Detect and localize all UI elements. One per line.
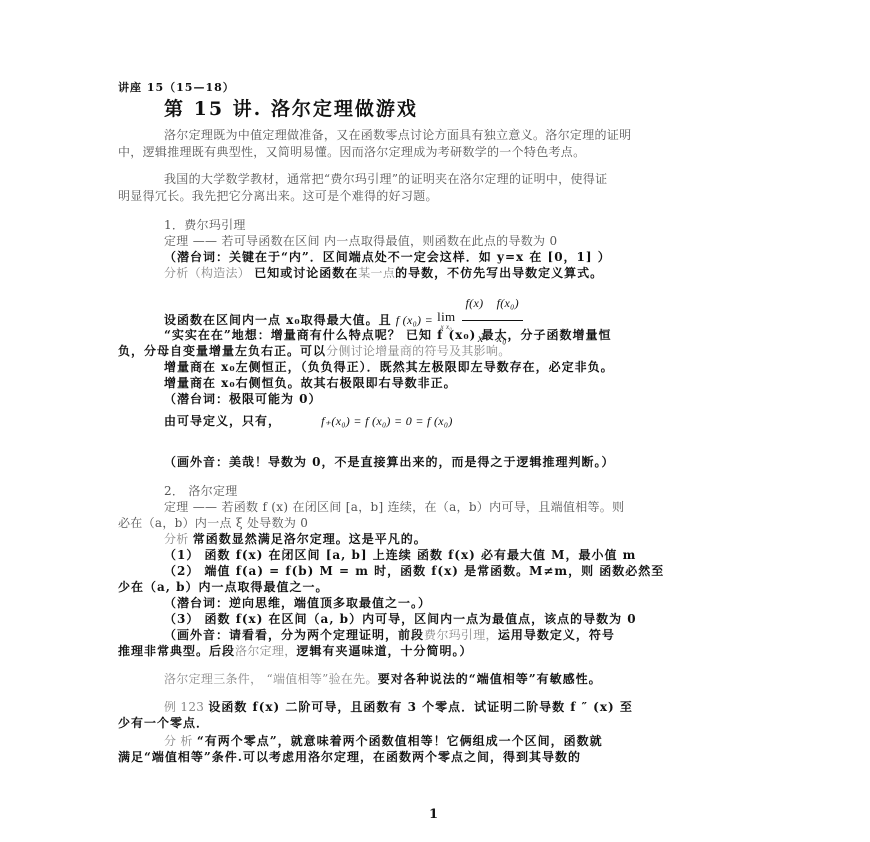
voiceover-line: （画外音：美哉！导数为 0，不是直接算出来的，而是得之于逻辑推理判断。） xyxy=(164,455,615,470)
question-line-1: “实实在在”地想：增量商有什么特点呢？ 已知 f (x₀) 最大，分子函数增量恒 xyxy=(164,328,611,343)
analysis-text-b: 某一点 xyxy=(358,266,395,280)
intro-paragraph-2-line-1: 我国的大学数学教材，通常把“费尔玛引理”的证明夹在洛尔定理的证明中，使得证 xyxy=(164,172,607,187)
step-1: （1） 函数 f(x) 在闭区间 [a, b] 上连续 函数 f(x) 必有最大… xyxy=(164,548,636,563)
step-2-line-2: 少在（a, b）内一点取得最值之一。 xyxy=(118,580,329,595)
lecture-series-label: 讲座 15（15—18） xyxy=(118,80,235,95)
three-conditions-line: 洛尔定理三条件， “端值相等”验在先。要对各种说法的“端值相等”有敏感性。 xyxy=(164,672,602,687)
question-line-2: 负，分母自变量增量左负右正。可以分侧讨论增量商的符号及其影响。 xyxy=(118,344,511,359)
section-2-heading: 2． 洛尔定理 xyxy=(164,484,238,499)
example-line-2: 少有一个零点． xyxy=(118,716,209,731)
intro-paragraph-2-line-2: 明显得冗长。我先把它分离出来。这可是个难得的好习题。 xyxy=(118,189,438,204)
rolle-analysis: 分析 常函数显然满足洛尔定理。这是平凡的。 xyxy=(164,532,427,547)
conclusion-formula: f₊(x₀) = f (x₀) = 0 = f (x₀) xyxy=(321,414,453,428)
voiceover-2-line-1: （画外音：请看看，分为两个定理证明，前段费尔玛引理，运用导数定义，符号 xyxy=(164,628,615,643)
right-side-reasoning: 增量商在 x₀右侧恒负。故其右极限即右导数非正。 xyxy=(164,376,457,391)
example-label: 例 123 xyxy=(164,700,204,714)
rolle-theorem-line-2: 必在（a，b）内一点 ξ 处导数为 0 xyxy=(118,516,308,531)
limit-aside: （潜台词：极限可能为 0） xyxy=(164,392,322,407)
step-3: （3） 函数 f(x) 在区间（a, b）内可导，区间内一点为最值点，该点的导数… xyxy=(164,612,637,627)
analysis-text-a: 已知或讨论函数在 xyxy=(254,266,358,280)
intro-paragraph-1-line-1: 洛尔定理既为中值定理做准备，又在函数零点讨论方面具有独立意义。洛尔定理的证明 xyxy=(164,128,631,143)
example-analysis-line-1: 分 析 “有两个零点”，就意味着两个函数值相等！它俩组成一个区间，函数就 xyxy=(164,734,603,749)
example-line-1: 例 123 设函数 f(x) 二阶可导，且函数有 3 个零点．试证明二阶导数 f… xyxy=(164,700,633,715)
step-2-line-1: （2） 端值 f(a) = f(b) M = m 时，函数 f(x) 是常函数。… xyxy=(164,564,664,579)
left-side-reasoning: 增量商在 x₀左侧恒正，（负负得正）．既然其左极限即左导数存在，必定非负。 xyxy=(164,360,614,375)
setup-text: 设函数在区间内一点 x₀取得最大值。且 xyxy=(164,313,392,327)
conclusion-line: 由可导定义，只有， f₊(x₀) = f (x₀) = 0 = f (x₀) xyxy=(164,414,453,429)
fermat-analysis: 分析（构造法） 已知或讨论函数在某一点的导数，不仿先写出导数定义算式。 xyxy=(164,266,603,281)
rolle-theorem-line-1: 定理 —— 若函数 f (x) 在闭区间 [a，b] 连续，在（a，b）内可导，… xyxy=(164,500,624,515)
step-2-aside: （潜台词：逆向思维，端值顶多取最值之一。） xyxy=(164,596,431,611)
fermat-theorem-statement: 定理 —— 若可导函数在区间 内一点取得最值，则函数在此点的导数为 0 xyxy=(164,234,557,249)
intro-paragraph-1-line-2: 中，逻辑推理既有典型性，又简明易懂。因而洛尔定理成为考研数学的一个特色考点。 xyxy=(118,145,585,160)
fermat-aside: （潜台词：关键在于“内”．区间端点处不一定会这样．如 y=x 在 [0，1] ） xyxy=(164,250,611,265)
page-number: 1 xyxy=(429,807,438,822)
section-1-heading: 1．费尔玛引理 xyxy=(164,218,246,233)
formula-lhs: f (x₀) = xyxy=(396,313,433,327)
analysis-text-c: 的导数，不仿先写出导数定义算式。 xyxy=(395,266,603,280)
document-page: 讲座 15（15—18） 第 15 讲. 洛尔定理做游戏 洛尔定理既为中值定理做… xyxy=(0,0,870,842)
page-title: 第 15 讲. 洛尔定理做游戏 xyxy=(164,97,418,121)
analysis-label: 分析（构造法） xyxy=(164,266,250,280)
voiceover-2-line-2: 推理非常典型。后段洛尔定理，逻辑有夹逼味道，十分简明。） xyxy=(118,644,473,659)
example-analysis-line-2: 满足“端值相等”条件.可以考虑用洛尔定理，在函数两个零点之间，得到其导数的 xyxy=(118,750,581,765)
